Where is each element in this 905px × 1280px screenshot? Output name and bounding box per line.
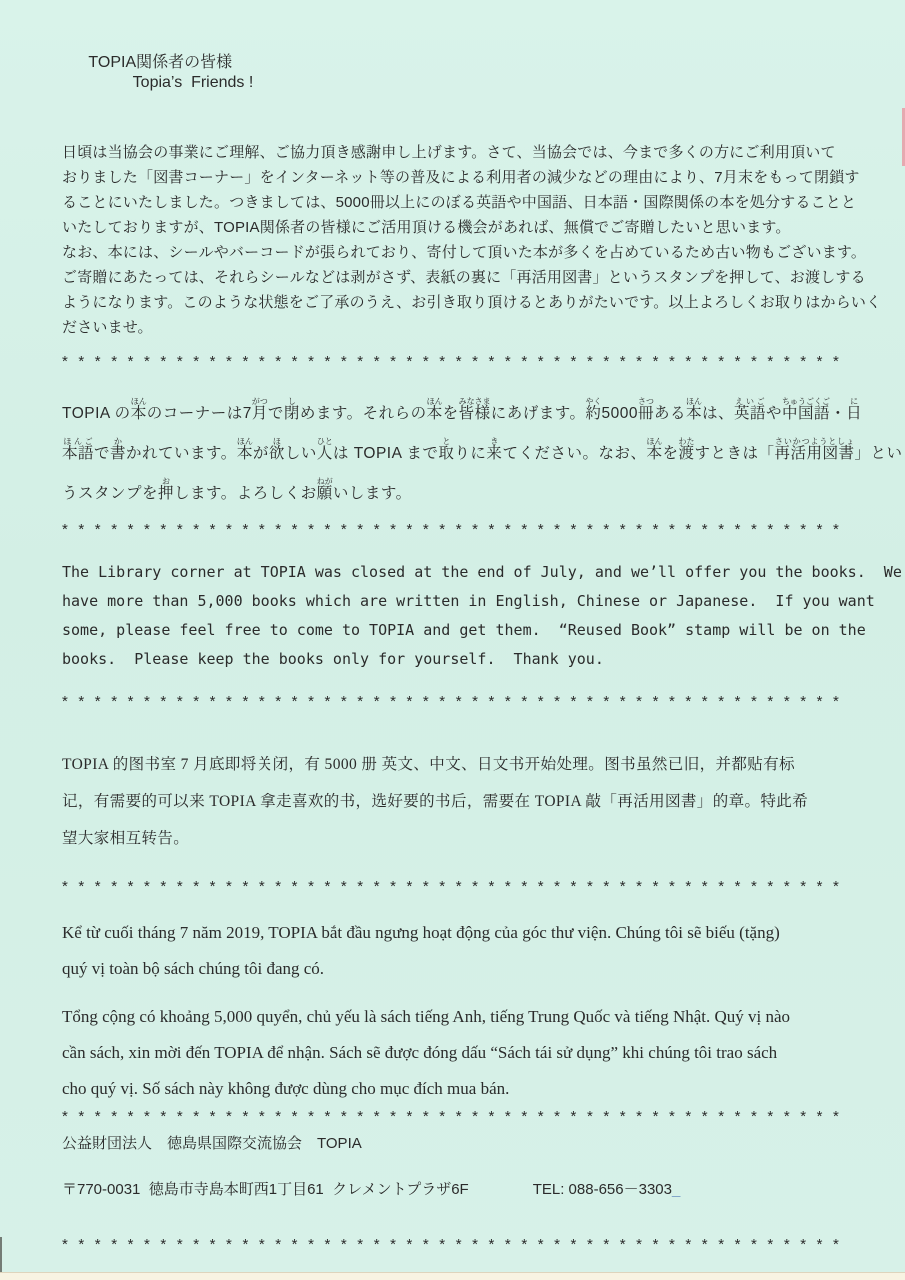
ruby-text-line: 本語ほんごで書かかれています。本ほんが欲ほしい人ひとは TOPIA まで取とりに… [62, 434, 883, 474]
letter-content: TOPIA関係者の皆様 Topia’s Friends ! 日頃は当協会の事業に… [0, 0, 905, 1255]
footer-tel-number: TEL: 088-656－3303 [533, 1181, 672, 1198]
text-line: books. Please keep the books only for yo… [62, 645, 883, 674]
letter-heading: TOPIA関係者の皆様 Topia’s Friends ! [62, 33, 883, 113]
text-line: 记，有需要的可以来 TOPIA 拿走喜欢的书，选好要的书后，需要在 TOPIA … [62, 783, 883, 820]
scan-artifact-underscore: _ [672, 1181, 680, 1198]
easy-japanese-paragraph: TOPIA の本ほんのコーナーは7月がつで閉しめます。それらの本ほんを皆様みなさ… [62, 394, 883, 514]
ruby-text-line: TOPIA の本ほんのコーナーは7月がつで閉しめます。それらの本ほんを皆様みなさ… [62, 394, 883, 434]
ruby-text-line: うスタンプを押おします。よろしくお願ねがいします。 [62, 474, 883, 514]
text-line: なお、本には、シールやバーコードが張られており、寄付して頂いた本が多くを占めてい… [62, 240, 883, 265]
text-line: 日頃は当協会の事業にご理解、ご協力頂き感謝申し上げます。さて、当協会では、今まで… [62, 140, 883, 165]
text-line: The Library corner at TOPIA was closed a… [62, 558, 883, 587]
scanned-letter-page: TOPIA関係者の皆様 Topia’s Friends ! 日頃は当協会の事業に… [0, 0, 905, 1280]
text-line: have more than 5,000 books which are wri… [62, 587, 883, 616]
footer-address: 〒770-0031 徳島市寺島本町西1丁目61 クレメントプラザ6F [62, 1179, 469, 1201]
heading-english: Topia’s Friends ! [133, 74, 254, 91]
text-line: ることにいたしました。つきましては、5000冊以上にのぼる英語や中国語、日本語・… [62, 190, 883, 215]
text-line: Kể từ cuối tháng 7 năm 2019, TOPIA bắt đ… [62, 915, 883, 951]
heading-japanese: TOPIA関係者の皆様 [88, 54, 232, 71]
text-line: cần sách, xin mời đến TOPIA để nhận. Sác… [62, 1035, 883, 1071]
scan-edge-left [0, 1237, 2, 1273]
text-line: cho quý vị. Số sách này không được dùng … [62, 1071, 883, 1107]
vietnamese-paragraph-2: Tổng cộng có khoảng 5,000 quyển, chủ yếu… [62, 999, 883, 1107]
chinese-paragraph: TOPIA 的图书室 7 月底即将关闭，有 5000 册 英文、中文、日文书开始… [62, 746, 883, 857]
vietnamese-paragraph-1: Kể từ cuối tháng 7 năm 2019, TOPIA bắt đ… [62, 915, 883, 987]
japanese-paragraph-1: 日頃は当協会の事業にご理解、ご協力頂き感謝申し上げます。さて、当協会では、今まで… [62, 140, 883, 240]
scan-edge-bottom [0, 1272, 905, 1280]
text-line: ださいませ。 [62, 315, 883, 340]
asterisk-separator-4: * * * * * * * * * * * * * * * * * * * * … [62, 877, 883, 897]
text-line: ようになります。このような状態をご了承のうえ、お引き取り頂けるとありがたいです。… [62, 290, 883, 315]
asterisk-separator-1: * * * * * * * * * * * * * * * * * * * * … [62, 352, 883, 372]
footer-organization: 公益財団法人 徳島県国際交流協会 TOPIA [62, 1133, 883, 1155]
text-line: quý vị toàn bộ sách chúng tôi đang có. [62, 951, 883, 987]
asterisk-separator-2: * * * * * * * * * * * * * * * * * * * * … [62, 520, 883, 540]
text-line: some, please feel free to come to TOPIA … [62, 616, 883, 645]
footer-tel: TEL: 088-656－3303_ [533, 1179, 681, 1201]
text-line: 望大家相互转告。 [62, 820, 883, 857]
asterisk-separator-6: * * * * * * * * * * * * * * * * * * * * … [62, 1235, 883, 1255]
japanese-paragraph-2: なお、本には、シールやバーコードが張られており、寄付して頂いた本が多くを占めてい… [62, 240, 883, 340]
asterisk-separator-5: * * * * * * * * * * * * * * * * * * * * … [62, 1107, 883, 1127]
text-line: ご寄贈にあたっては、それらシールなどは剥がさず、表紙の裏に「再活用図書」というス… [62, 265, 883, 290]
text-line: おりました「図書コーナー」をインターネット等の普及による利用者の減少などの理由に… [62, 165, 883, 190]
footer-address-row: 〒770-0031 徳島市寺島本町西1丁目61 クレメントプラザ6F TEL: … [62, 1179, 883, 1201]
text-line: Tổng cộng có khoảng 5,000 quyển, chủ yếu… [62, 999, 883, 1035]
english-paragraph: The Library corner at TOPIA was closed a… [62, 558, 883, 674]
text-line: いたしておりますが、TOPIA関係者の皆様にご活用頂ける機会があれば、無償でご寄… [62, 215, 883, 240]
text-line: TOPIA 的图书室 7 月底即将关闭，有 5000 册 英文、中文、日文书开始… [62, 746, 883, 783]
asterisk-separator-3: * * * * * * * * * * * * * * * * * * * * … [62, 692, 883, 712]
